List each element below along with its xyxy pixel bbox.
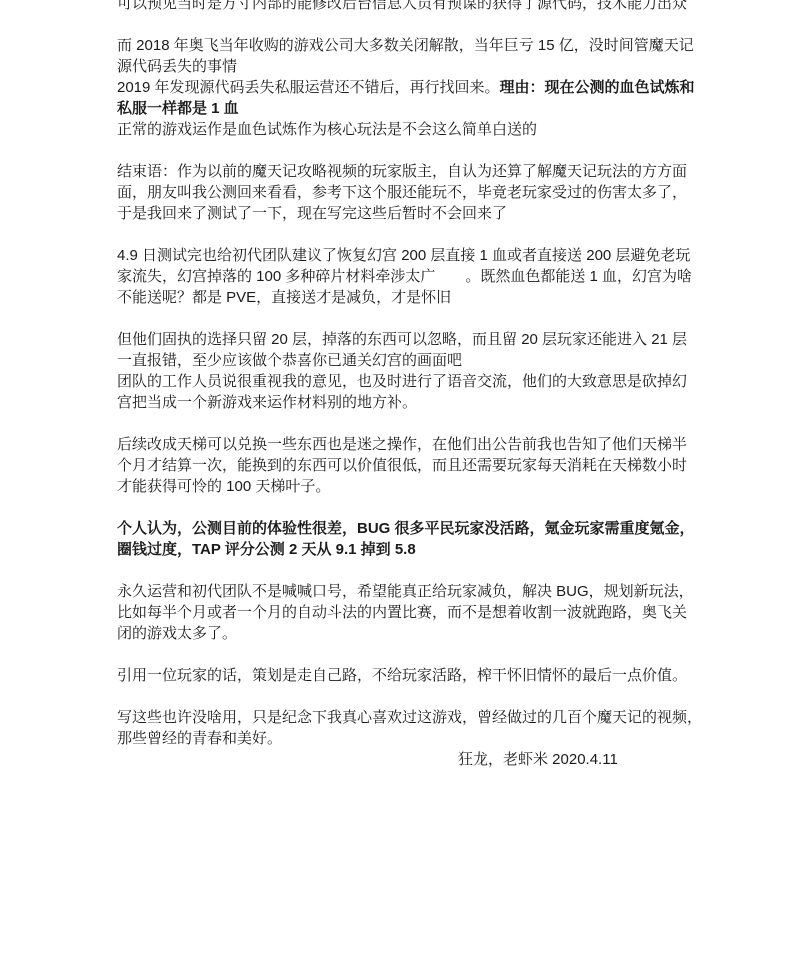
document-body: 可以预见当时是方寸内部的能修改后台信息人员有预谋的获得了源代码，技术能力出众而 … [117, 0, 727, 770]
para-source-code-theory-run-0: 可以预见当时是方寸内部的能修改后台信息人员有预谋的获得了源代码，技术能力出众 [117, 0, 687, 12]
para-hope-for-future-run-0: 永久运营和初代团队不是喊喊口号，希望能真正给玩家减负，解决 BUG，规划新玩法，… [117, 583, 694, 642]
para-aofei-history-run-2: 正常的游戏运作是血色试炼作为核心玩法是不会这么简单白送的 [117, 121, 537, 138]
para-ladder-change-run-0: 后续改成天梯可以兑换一些东西也是迷之操作，在他们出公告前我也告知了他们天梯半 个… [117, 436, 687, 495]
document-page: 可以预见当时是方寸内部的能修改后台信息人员有预谋的获得了源代码，技术能力出众而 … [0, 0, 794, 956]
para-team-response-run-0: 但他们固执的选择只留 20 层，掉落的东西可以忽略，而且留 20 层玩家还能进入… [117, 331, 687, 411]
para-suggestion-april9-run-0: 4.9 日测试完也给初代团队建议了恢复幻宫 200 层直接 1 血或者直接送 2… [117, 247, 692, 306]
para-memorial: 写这些也许没啥用，只是纪念下我真心喜欢过这游戏，曾经做过的几百个魔天记的视频， … [117, 707, 727, 749]
para-closing-words: 结束语：作为以前的魔天记攻略视频的玩家版主，自认为还算了解魔天记玩法的方方面 面… [117, 161, 727, 224]
para-player-quote-run-0: 引用一位玩家的话，策划是走自己路，不给玩家活路，榨干怀旧情怀的最后一点价值。 [117, 667, 687, 684]
para-hope-for-future: 永久运营和初代团队不是喊喊口号，希望能真正给玩家减负，解决 BUG，规划新玩法，… [117, 581, 727, 644]
para-memorial-run-0: 写这些也许没啥用，只是纪念下我真心喜欢过这游戏，曾经做过的几百个魔天记的视频， … [117, 709, 702, 747]
para-source-code-theory: 可以预见当时是方寸内部的能修改后台信息人员有预谋的获得了源代码，技术能力出众 [117, 0, 727, 14]
signature-line: 狂龙，老虾米 2020.4.11 [117, 749, 727, 770]
para-suggestion-april9: 4.9 日测试完也给初代团队建议了恢复幻宫 200 层直接 1 血或者直接送 2… [117, 245, 727, 308]
para-ladder-change: 后续改成天梯可以兑换一些东西也是迷之操作，在他们出公告前我也告知了他们天梯半 个… [117, 434, 727, 497]
para-personal-verdict: 个人认为，公测目前的体验性很差，BUG 很多平民玩家没活路，氪金玩家需重度氪金，… [117, 518, 727, 560]
para-team-response: 但他们固执的选择只留 20 层，掉落的东西可以忽略，而且留 20 层玩家还能进入… [117, 329, 727, 413]
para-aofei-history: 而 2018 年奥飞当年收购的游戏公司大多数关闭解散，当年巨亏 15 亿，没时间… [117, 35, 727, 140]
para-closing-words-run-0: 结束语：作为以前的魔天记攻略视频的玩家版主，自认为还算了解魔天记玩法的方方面 面… [117, 163, 687, 222]
signature-line-run-0: 狂龙，老虾米 2020.4.11 [458, 751, 618, 768]
para-player-quote: 引用一位玩家的话，策划是走自己路，不给玩家活路，榨干怀旧情怀的最后一点价值。 [117, 665, 727, 686]
para-personal-verdict-run-0: 个人认为，公测目前的体验性很差，BUG 很多平民玩家没活路，氪金玩家需重度氪金，… [117, 520, 695, 558]
